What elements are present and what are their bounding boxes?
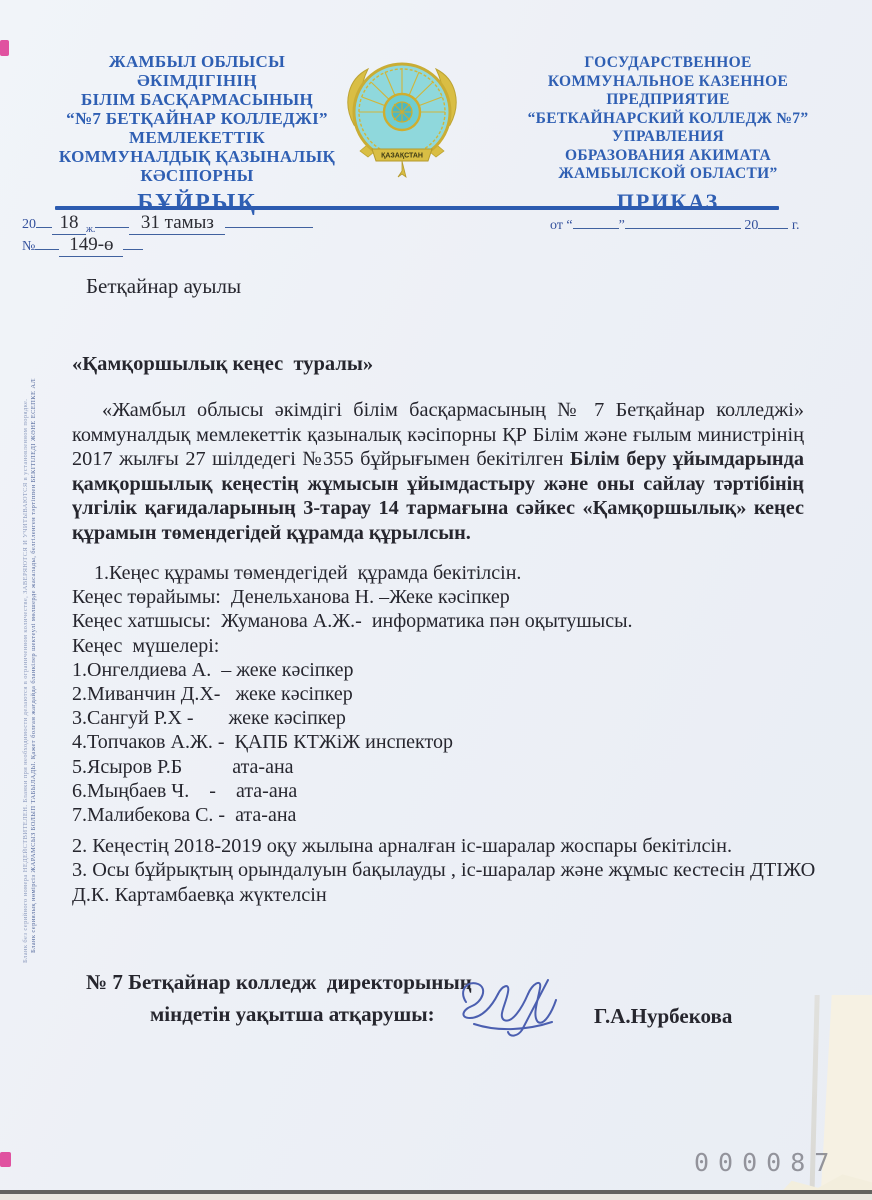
clause: 3. Осы бұйрықтың орындалуын бақылауды , … (72, 858, 816, 907)
org-line: ЖАМБЫЛСКОЙ ОБЛАСТИ” (484, 165, 852, 184)
council-composition-block: 1.Кеңес құрамы төмендегідей құрамда бекі… (72, 561, 633, 827)
signatory-role-line2: міндетін уақытша атқарушы: (150, 1002, 435, 1027)
year-value: 18 (52, 212, 86, 235)
clause: 2. Кеңестің 2018-2019 оқу жылына арналға… (72, 834, 816, 858)
council-member: 3.Сангуй Р.Х - жеке кәсіпкер (72, 706, 633, 730)
org-line: ЖАМБЫЛ ОБЛЫСЫ (46, 52, 348, 71)
g-label: г. (792, 218, 800, 233)
header-divider-rule (55, 206, 779, 210)
org-line: ГОСУДАРСТВЕННОЕ (484, 54, 852, 73)
date-row-russian: от “” 20 г. (550, 215, 800, 234)
security-microtext-russian: Бланк без серийного номера НЕДЕЙСТВИТЕЛЕ… (22, 388, 29, 963)
org-line: КӘСІПОРНЫ (46, 166, 348, 185)
org-line: ОБРАЗОВАНИЯ АКИМАТА (484, 147, 852, 166)
council-members-label: Кеңес мүшелері: (72, 634, 633, 658)
handwritten-signature (448, 972, 576, 1044)
letterhead-kazakh: ЖАМБЫЛ ОБЛЫСЫ ӘКІМДІГІНІҢ БІЛІМ БАСҚАРМА… (46, 52, 348, 213)
date-row-kazakh: 2018ж.31 тамыз (22, 212, 313, 235)
number-row: №149-ө (22, 234, 143, 257)
org-line: “БЕТКАЙНАРСКИЙ КОЛЛЕДЖ №7” (484, 110, 852, 129)
letterhead-russian: ГОСУДАРСТВЕННОЕ КОММУНАЛЬНОЕ КАЗЕННОЕ ПР… (484, 54, 852, 211)
ot-label: от “ (550, 218, 573, 233)
council-member: 6.Мыңбаев Ч. - ата-ана (72, 779, 633, 803)
council-member: 4.Топчаков А.Ж. - ҚАПБ КТЖіЖ инспектор (72, 730, 633, 754)
council-member: 2.Миванчин Д.Х- жеке кәсіпкер (72, 682, 633, 706)
org-line: “№7 БЕТҚАЙНАР КОЛЛЕДЖІ” (46, 109, 348, 128)
council-intro: 1.Кеңес құрамы төмендегідей құрамда бекі… (72, 561, 633, 585)
signatory-role-line1: № 7 Бетқайнар колледж директорының (86, 970, 472, 995)
scan-artifact-pink (0, 40, 9, 56)
order-preamble-paragraph: «Жамбыл облысы әкімдігі білім басқармасы… (72, 398, 804, 546)
year-prefix: 20 (22, 217, 36, 232)
doc-type-kazakh: БҰЙРЫҚ (46, 194, 348, 213)
kazakhstan-emblem-icon: ҚАЗАҚСТАН (340, 55, 464, 181)
org-line: ПРЕДПРИЯТИЕ (484, 91, 852, 110)
org-line: ӘКІМДІГІНІҢ (46, 71, 348, 90)
scanned-order-document: Бланк сериялық нөмірсіз ЖАРАМСЫЗ БОЛЫП Т… (0, 0, 872, 1200)
org-line: МЕМЛЕКЕТТІК (46, 128, 348, 147)
council-member: 1.Онгелдиева А. – жеке кәсіпкер (72, 658, 633, 682)
scan-bottom-background (0, 1194, 872, 1200)
number-value: 149-ө (59, 234, 123, 257)
scan-artifact-pink (0, 1152, 11, 1167)
order-subject-title: «Қамқоршылық кеңес туралы» (72, 353, 373, 376)
council-member: 7.Малибекова С. - ата-ана (72, 803, 633, 827)
council-member: 5.Ясыров Р.Б ата-ана (72, 755, 633, 779)
number-label: № (22, 239, 35, 254)
org-line: УПРАВЛЕНИЯ (484, 128, 852, 147)
date-value: 31 тамыз (129, 212, 225, 235)
security-microtext-kazakh: Бланк сериялық нөмірсіз ЖАРАМСЫЗ БОЛЫП Т… (30, 378, 37, 953)
council-chair: Кеңес төрайымы: Денельханова Н. –Жеке кә… (72, 585, 633, 609)
svg-text:ҚАЗАҚСТАН: ҚАЗАҚСТАН (381, 153, 423, 160)
blank-serial-number: 000087 (694, 1148, 838, 1177)
place-line: Бетқайнар ауылы (86, 274, 241, 299)
order-clauses: 2. Кеңестің 2018-2019 оқу жылына арналға… (72, 834, 816, 907)
signatory-name: Г.А.Нурбекова (594, 1004, 732, 1029)
org-line: КОММУНАЛДЫҚ ҚАЗЫНАЛЫҚ (46, 147, 348, 166)
council-secretary: Кеңес хатшысы: Жуманова А.Ж.- информатик… (72, 609, 633, 633)
org-line: КОММУНАЛЬНОЕ КАЗЕННОЕ (484, 73, 852, 92)
org-line: БІЛІМ БАСҚАРМАСЫНЫҢ (46, 90, 348, 109)
year-prefix-right: 20 (744, 218, 758, 233)
